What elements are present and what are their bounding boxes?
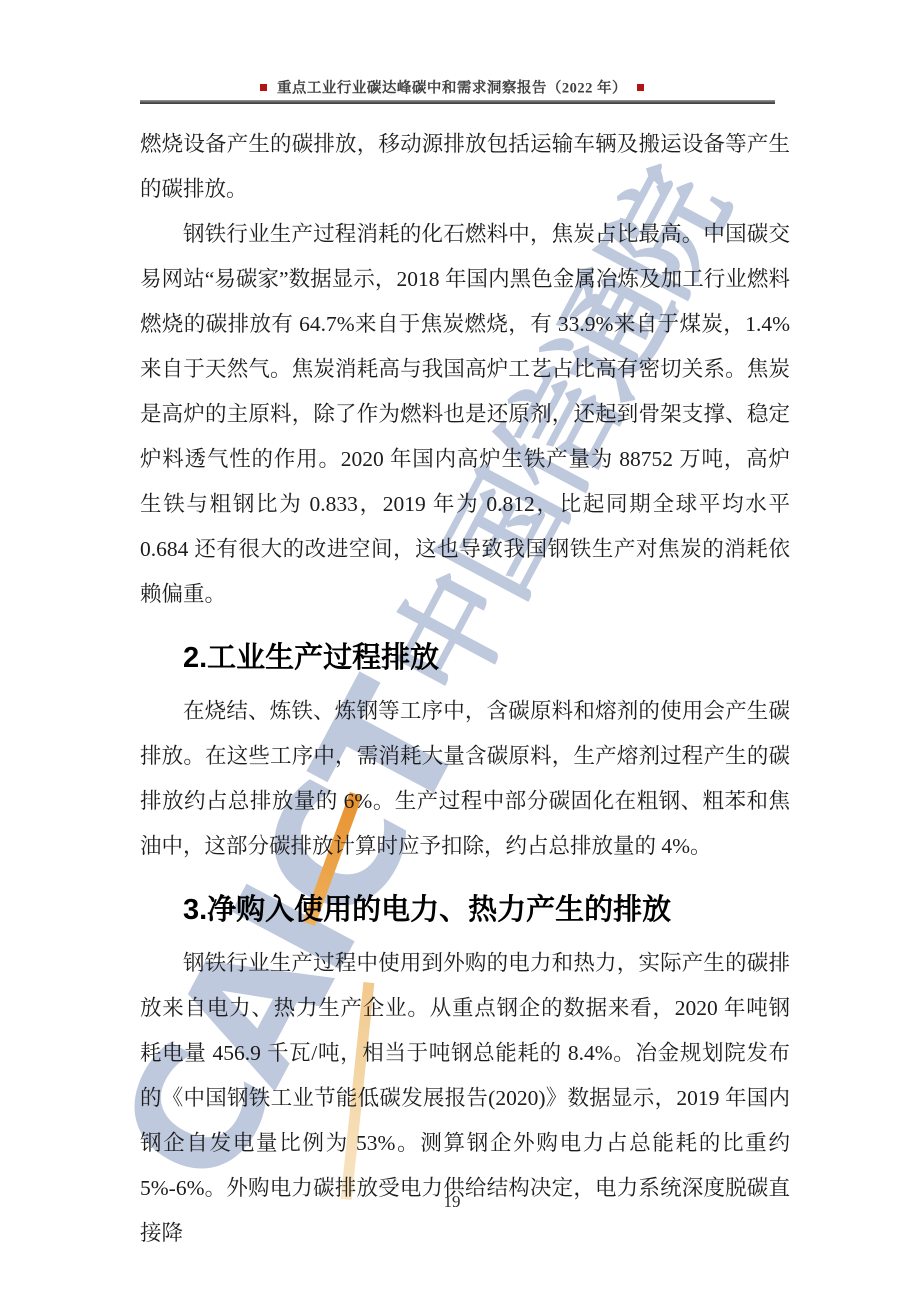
section-heading-industrial-process-emissions: 2.工业生产过程排放 xyxy=(140,633,790,683)
page-footer: 19 xyxy=(0,1192,904,1212)
red-square-icon xyxy=(637,84,644,91)
header-title: 重点工业行业碳达峰碳中和需求洞察报告（2022 年） xyxy=(277,81,627,97)
paragraph: 燃烧设备产生的碳排放，移动源排放包括运输车辆及搬运设备等产生的碳排放。 xyxy=(140,122,790,212)
document-body: 燃烧设备产生的碳排放，移动源排放包括运输车辆及搬运设备等产生的碳排放。 钢铁行业… xyxy=(140,122,790,1256)
section-heading-purchased-electricity-heat-emissions: 3.净购入使用的电力、热力产生的排放 xyxy=(140,885,790,935)
header-title-row: 重点工业行业碳达峰碳中和需求洞察报告（2022 年） xyxy=(0,78,904,99)
paragraph: 钢铁行业生产过程消耗的化石燃料中，焦炭占比最高。中国碳交易网站“易碳家”数据显示… xyxy=(140,212,790,617)
red-square-icon xyxy=(260,84,267,91)
paragraph: 在烧结、炼铁、炼钢等工序中，含碳原料和熔剂的使用会产生碳排放。在这些工序中，需消… xyxy=(140,689,790,869)
header-rule xyxy=(140,100,775,104)
page-number: 19 xyxy=(444,1192,461,1211)
document-page: CAICT 中国信通院 重点工业行业碳达峰碳中和需求洞察报告（2022 年） 燃… xyxy=(0,0,904,1290)
